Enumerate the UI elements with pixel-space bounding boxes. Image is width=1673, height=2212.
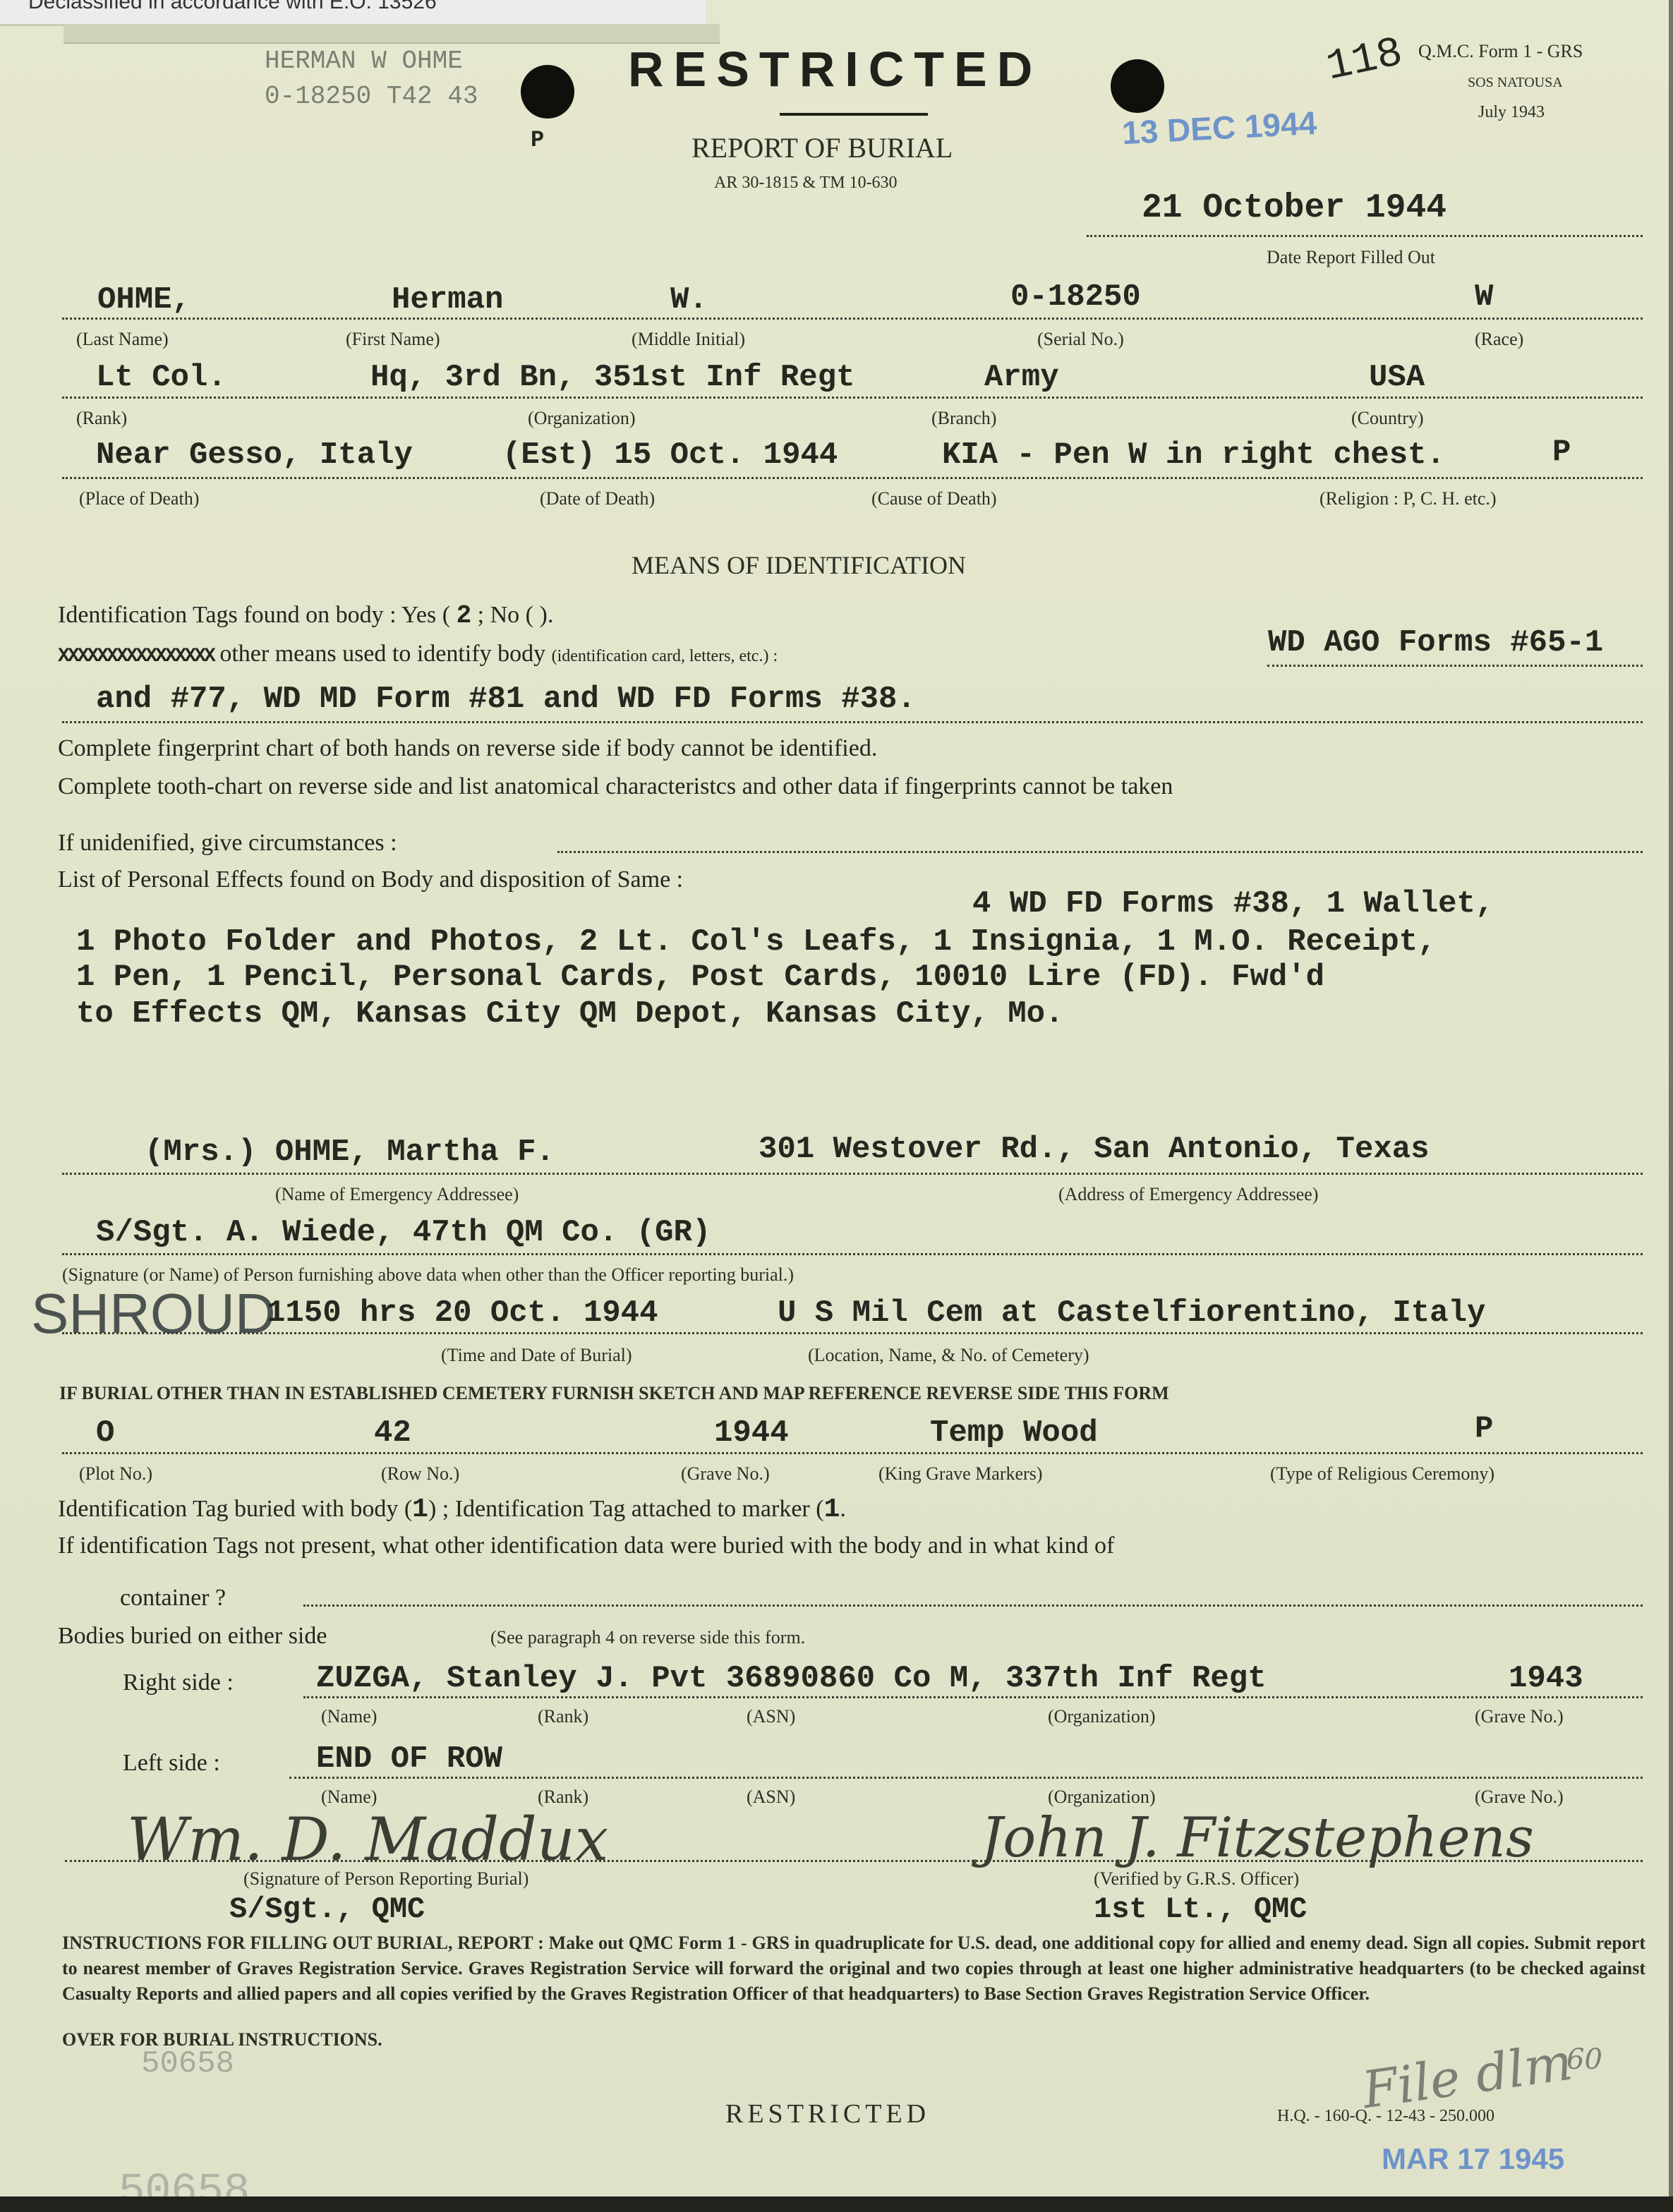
report-subtitle: REPORT OF BURIAL xyxy=(691,131,953,164)
form-id: Q.M.C. Form 1 - GRS xyxy=(1418,41,1583,62)
effects-line-3: 1 Pen, 1 Pencil, Personal Cards, Post Ca… xyxy=(76,960,1324,995)
effects-label: List of Personal Effects found on Body a… xyxy=(58,866,683,893)
left-side-label: Left side : xyxy=(123,1750,220,1777)
other-means-line: XXXXXXXXXXXXXXXX other means used to ide… xyxy=(58,641,778,667)
col-label-rank: (Rank) xyxy=(538,1706,588,1727)
label-country: (Country) xyxy=(1351,408,1424,429)
no-tags-question: If identification Tags not present, what… xyxy=(58,1533,1114,1559)
title-rule xyxy=(780,113,928,116)
left-side-value: END OF ROW xyxy=(316,1741,502,1777)
label-religious-ceremony: (Type of Religious Ceremony) xyxy=(1270,1463,1494,1485)
other-means-value-2: and #77, WD MD Form #81 and WD FD Forms … xyxy=(96,682,916,717)
label-cause-of-death: (Cause of Death) xyxy=(871,488,997,509)
col-label-grave-no-2: (Grave No.) xyxy=(1475,1787,1564,1808)
label-rank: (Rank) xyxy=(76,408,127,429)
label-grave-no: (Grave No.) xyxy=(681,1463,770,1485)
rank: Lt Col. xyxy=(96,360,227,395)
date-of-death: (Est) 15 Oct. 1944 xyxy=(502,437,838,473)
adjacent-heading-note: (See paragraph 4 on reverse side this fo… xyxy=(490,1627,805,1648)
col-label-name: (Name) xyxy=(321,1706,377,1727)
cause-of-death: KIA - Pen W in right chest. xyxy=(942,437,1445,473)
received-stamp-mar: MAR 17 1945 xyxy=(1382,2142,1564,2176)
grave-no: 1944 xyxy=(714,1415,789,1451)
declassification-text: Declassified in accordance with E.O. 135… xyxy=(28,0,437,14)
container-label: container ? xyxy=(120,1585,226,1612)
tag-marker-value: 1 xyxy=(824,1494,840,1525)
right-side-value: ZUZGA, Stanley J. Pvt 36890860 Co M, 337… xyxy=(316,1661,1267,1696)
punch-hole-right xyxy=(1111,59,1164,113)
adjacent-heading: Bodies buried on either side xyxy=(58,1623,327,1650)
religion: P xyxy=(1552,435,1571,470)
label-race: (Race) xyxy=(1475,329,1523,350)
col-label-asn: (ASN) xyxy=(747,1706,795,1727)
col-label-asn-2: (ASN) xyxy=(747,1787,795,1808)
label-organization: (Organization) xyxy=(528,408,636,429)
footer-restricted: RESTRICTED xyxy=(725,2098,930,2129)
label-row-no: (Row No.) xyxy=(381,1463,459,1485)
report-date-label: Date Report Filled Out xyxy=(1267,247,1435,268)
tag-buried-value: 1 xyxy=(412,1494,428,1525)
row-no: 42 xyxy=(374,1415,411,1451)
form-org: SOS NATOUSA xyxy=(1468,75,1563,91)
restricted-title: RESTRICTED xyxy=(628,41,1042,97)
emergency-address: 301 Westover Rd., San Antonio, Texas xyxy=(759,1132,1430,1167)
col-label-organization-2: (Organization) xyxy=(1048,1787,1156,1808)
tag-buried-line: Identification Tag buried with body (1) … xyxy=(58,1494,846,1525)
unidentified-label: If unidenified, give circumstances : xyxy=(58,830,397,857)
label-date-of-death: (Date of Death) xyxy=(540,488,655,509)
tooth-chart-note: Complete tooth-chart on reverse side and… xyxy=(58,773,1173,800)
means-of-identification-heading: MEANS OF IDENTIFICATION xyxy=(632,550,966,580)
middle-initial: W. xyxy=(670,282,708,318)
country: USA xyxy=(1369,360,1425,395)
label-grave-marker: (King Grave Markers) xyxy=(878,1463,1042,1485)
label-branch: (Branch) xyxy=(931,408,996,429)
instructions-text: INSTRUCTIONS FOR FILLING OUT BURIAL, REP… xyxy=(62,1930,1645,2007)
label-place-of-death: (Place of Death) xyxy=(79,488,199,509)
label-verifier-signature: (Verified by G.R.S. Officer) xyxy=(1094,1868,1299,1890)
branch: Army xyxy=(984,360,1059,395)
plot-no: O xyxy=(96,1415,114,1451)
race: W xyxy=(1475,279,1493,315)
serial-stamp: 0-18250 T42 43 xyxy=(265,82,478,111)
container-field[interactable] xyxy=(303,1592,1643,1606)
label-emergency-address: (Address of Emergency Addressee) xyxy=(1058,1184,1318,1205)
page-right-edge xyxy=(1669,0,1673,2212)
label-burial-time-date: (Time and Date of Burial) xyxy=(441,1345,632,1366)
name-stamp: HERMAN W OHME xyxy=(265,47,463,75)
burial-time-date: 1150 hrs 20 Oct. 1944 xyxy=(267,1295,658,1331)
other-than-cemetery-note: IF BURIAL OTHER THAN IN ESTABLISHED CEME… xyxy=(59,1383,1169,1404)
place-of-death: Near Gesso, Italy xyxy=(96,437,413,473)
regulation-ref: AR 30-1815 & TM 10-630 xyxy=(714,174,898,193)
col-label-grave-no: (Grave No.) xyxy=(1475,1706,1564,1727)
label-first-name: (First Name) xyxy=(346,329,440,350)
shroud-stamp: SHROUD xyxy=(31,1281,276,1346)
declassification-strip: Declassified in accordance with E.O. 135… xyxy=(0,0,706,26)
punch-hole-left xyxy=(521,65,574,119)
religious-ceremony: P xyxy=(1475,1411,1493,1446)
col-label-organization: (Organization) xyxy=(1048,1706,1156,1727)
first-name: Herman xyxy=(392,282,503,318)
form-date: July 1943 xyxy=(1478,103,1545,122)
file-signature-number: 60 xyxy=(1566,2043,1602,2076)
label-plot-no: (Plot No.) xyxy=(79,1463,152,1485)
page-bottom-edge xyxy=(0,2196,1673,2212)
effects-line-4: to Effects QM, Kansas City QM Depot, Kan… xyxy=(76,996,1063,1032)
reporter-signature: Wm. D. Maddux xyxy=(127,1805,608,1874)
last-name: OHME, xyxy=(97,282,191,318)
label-burial-location: (Location, Name, & No. of Cemetery) xyxy=(808,1345,1089,1366)
serial-no: 0-18250 xyxy=(1010,279,1141,315)
label-last-name: (Last Name) xyxy=(76,329,169,350)
religion-stamp-p: P xyxy=(531,127,544,153)
report-date: 21 October 1944 xyxy=(1142,189,1446,227)
other-means-value-1: WD AGO Forms #65-1 xyxy=(1268,625,1603,660)
label-emergency-name: (Name of Emergency Addressee) xyxy=(275,1184,519,1205)
tags-yes-value: 2 xyxy=(457,601,472,630)
torn-paper-edge xyxy=(64,24,720,44)
label-reporter-signature: (Signature of Person Reporting Burial) xyxy=(243,1868,529,1890)
informant-name: S/Sgt. A. Wiede, 47th QM Co. (GR) xyxy=(96,1215,711,1250)
verifier-rank: 1st Lt., QMC xyxy=(1094,1892,1307,1926)
struck-text: XXXXXXXXXXXXXXXX xyxy=(58,646,214,667)
burial-location: U S Mil Cem at Castelfiorentino, Italy xyxy=(778,1295,1485,1331)
grave-marker: Temp Wood xyxy=(930,1415,1098,1451)
tags-found-line: Identification Tags found on body : Yes … xyxy=(58,601,553,630)
effects-line-1: 4 WD FD Forms #38, 1 Wallet, xyxy=(972,886,1494,921)
effects-line-2: 1 Photo Folder and Photos, 2 Lt. Col's L… xyxy=(76,924,1437,960)
right-side-label: Right side : xyxy=(123,1669,234,1696)
fingerprint-note: Complete fingerprint chart of both hands… xyxy=(58,735,877,762)
organization: Hq, 3rd Bn, 351st Inf Regt xyxy=(370,360,855,395)
label-middle-initial: (Middle Initial) xyxy=(632,329,745,350)
right-side-grave: 1943 xyxy=(1509,1661,1583,1696)
reporter-rank: S/Sgt., QMC xyxy=(229,1892,425,1926)
faint-number-stamp-1: 50658 xyxy=(141,2046,234,2081)
label-serial-no: (Serial No.) xyxy=(1037,329,1124,350)
emergency-name: (Mrs.) OHME, Martha F. xyxy=(145,1135,555,1170)
label-religion: (Religion : P, C. H. etc.) xyxy=(1319,488,1497,509)
